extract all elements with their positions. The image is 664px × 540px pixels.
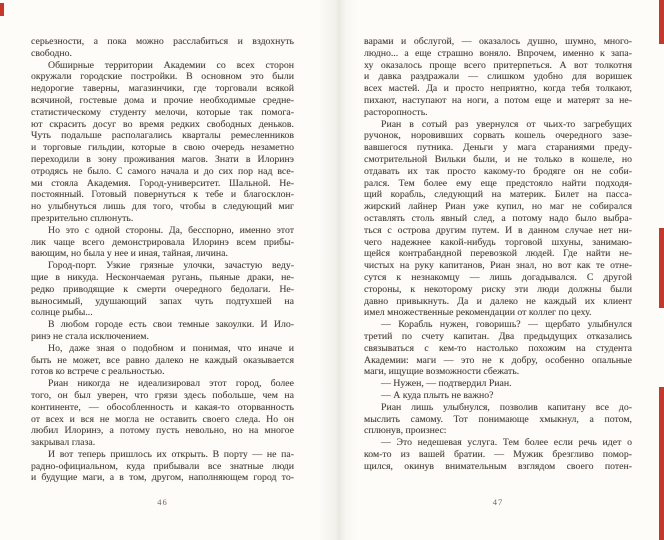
text-line: окружали городские постройки. В основном… xyxy=(31,71,294,83)
cover-edge-right-middle xyxy=(659,228,664,308)
text-line: стороны, к некоторому риску эти люди дол… xyxy=(364,284,632,296)
text-line: оставлять столь явный след, а потому над… xyxy=(364,213,632,225)
text-line: закрывал глаза. xyxy=(31,437,294,449)
text-line: всех мастей. Да и просто неприятно, когд… xyxy=(364,83,632,95)
text-line: ком-то из вашей братии. — Мужик брезглив… xyxy=(364,449,632,461)
text-line: вающим, но была у нее и иная, тайная, ли… xyxy=(31,248,294,260)
text-line: пихают, наступают на ноги, а потом еще и… xyxy=(364,95,632,107)
text-line: от всех и вся не могла не оставить своег… xyxy=(31,414,294,426)
text-line: Риан в сотый раз увернулся от чьих-то за… xyxy=(364,119,632,131)
text-line: — Это недешевая услуга. Тем более если р… xyxy=(364,437,632,449)
text-line: быть не может, все равно далеко не кажды… xyxy=(31,355,294,367)
text-line: давно привыкнуть. Да и далеко не каждый … xyxy=(364,296,632,308)
text-line: ют скрасить досуг во время редких свобод… xyxy=(31,119,294,131)
cover-edge-right-top xyxy=(659,0,664,44)
cover-edge-right-bottom xyxy=(659,387,664,540)
text-line: ручонок, норовивших сорвать кошель очере… xyxy=(364,130,632,142)
text-line: В любом городе есть свои темные закоулки… xyxy=(31,319,294,331)
text-line: чистых на руку капитанов, Риан знал, но … xyxy=(364,260,632,272)
text-line: мыслить самому. Тот понимающе хмыкнул, а… xyxy=(364,414,632,426)
text-line: И вот теперь пришлось их открыть. В порт… xyxy=(31,449,294,461)
text-line: щий корабль, следующий на материк. Билет… xyxy=(364,189,632,201)
text-line: серьезности, а пока можно расслабиться и… xyxy=(31,36,294,48)
text-line: Город-порт. Узкие грязные улочки, зачаст… xyxy=(31,260,294,272)
left-page-number: 46 xyxy=(31,497,294,507)
text-line: щейся контрабандной перевозкой людей. Гд… xyxy=(364,248,632,260)
text-line: щие в никуда. Нескончаемая ругань, пьяны… xyxy=(31,272,294,284)
text-line: — Нужен, — подтвердил Риан. xyxy=(364,378,632,390)
text-line: ми стояла Академия. Город-университет. Ш… xyxy=(31,178,294,190)
text-line: варами и обслугой, — оказалось душно, шу… xyxy=(364,36,632,48)
text-line: Риан никогда не идеализировал этот город… xyxy=(31,378,294,390)
book-spread: серьезности, а пока можно расслабиться и… xyxy=(0,0,664,540)
text-line: недорогие таверны, магазинчики, где торг… xyxy=(31,83,294,95)
text-line: но улыбнуться лишь для того, чтобы в сле… xyxy=(31,201,294,213)
text-line: Чуть подальше располагались кварталы рем… xyxy=(31,130,294,142)
left-page-text: серьезности, а пока можно расслабиться и… xyxy=(31,36,294,484)
text-line: Но, даже зная о подобном и понимая, что … xyxy=(31,343,294,355)
text-line: лик чаще всего демонстрировала Илоринэ в… xyxy=(31,237,294,249)
text-line: переходили в зону проживания магов. Знат… xyxy=(31,154,294,166)
text-line: — А куда плыть не важно? xyxy=(364,390,632,402)
text-line: рался. Тем более ему еще предстояло найт… xyxy=(364,178,632,190)
text-line: Риан лишь улыбнулся, позволив капитану в… xyxy=(364,402,632,414)
text-line: всячиной, гостевые дома и прочие необход… xyxy=(31,95,294,107)
text-line: связываться с кем-то настолько похожим н… xyxy=(364,343,632,355)
right-page: варами и обслугой, — оказалось душно, шу… xyxy=(332,0,664,540)
text-line: Но это с одной стороны. Да, бесспорно, и… xyxy=(31,225,294,237)
text-line: маги, ищущие возможности сбежать. xyxy=(364,366,632,378)
left-page: серьезности, а пока можно расслабиться и… xyxy=(0,0,332,540)
text-line: ринэ не стала исключением. xyxy=(31,331,294,343)
text-line: отдавать их так просто какому-то бродяге… xyxy=(364,166,632,178)
text-line: жирский лайнер Риан уже купил, но маг не… xyxy=(364,201,632,213)
cover-edge-top-left xyxy=(0,3,4,16)
text-line: континенте, — обособленность и какая-то … xyxy=(31,402,294,414)
text-line: вавшегося путника. Деньги у мага старани… xyxy=(364,142,632,154)
text-line: — Корабль нужен, говоришь? — щербато улы… xyxy=(364,319,632,331)
text-line: любил Илоринэ, а потому пусть невольно, … xyxy=(31,425,294,437)
text-line: постоянный. Готовый повернуться к тебе и… xyxy=(31,189,294,201)
text-line: сплюнув, произнес: xyxy=(364,425,632,437)
text-line: щился, окинув внимательным взглядом свое… xyxy=(364,461,632,473)
text-line: смотрительной Вильки были, и не только в… xyxy=(364,154,632,166)
text-line: редко приводящие к смерти очередного бед… xyxy=(31,284,294,296)
right-page-number: 47 xyxy=(364,497,632,507)
text-line: отродясь не было. С самого начала и до с… xyxy=(31,166,294,178)
text-line: презрительно сплюнуть. xyxy=(31,213,294,225)
text-line: сутся к незнакомцу — лишь догадывался. С… xyxy=(364,272,632,284)
text-line: статистическому студенту мелочи, которые… xyxy=(31,107,294,119)
text-line: чего надежнее какой-нибудь торговой шхун… xyxy=(364,237,632,249)
text-line: того, он был уверен, что грязи здесь поб… xyxy=(31,390,294,402)
text-line: Обширные территории Академии со всех сто… xyxy=(31,60,294,72)
text-line: и давка раздражали — слишком удобно для … xyxy=(364,71,632,83)
right-page-text: варами и обслугой, — оказалось душно, шу… xyxy=(364,36,632,472)
text-line: готов ко встрече с реальностью. xyxy=(31,366,294,378)
text-line: и будущие маги, а в том, другом, наполня… xyxy=(31,472,294,484)
text-line: солнце рыбы... xyxy=(31,307,294,319)
text-line: третий по счету капитан. Два предыдущих … xyxy=(364,331,632,343)
text-line: имел множественные рекомендации от колле… xyxy=(364,307,632,319)
text-line: Академии: маги — это не к добру, особенн… xyxy=(364,355,632,367)
text-line: и торговые гильдии, которые в свою очере… xyxy=(31,142,294,154)
text-line: расторопность. xyxy=(364,107,632,119)
text-line: ться с острова другим путем. И в данном … xyxy=(364,225,632,237)
text-line: людно... а еще страшно воняло. Впрочем, … xyxy=(364,48,632,60)
text-line: свободно. xyxy=(31,48,294,60)
text-line: выносимый, удушающий запах чуть подтухше… xyxy=(31,296,294,308)
text-line: радно-официальном, куда прибывали все зн… xyxy=(31,461,294,473)
text-line: ху оказалось проще всего притерпеться. А… xyxy=(364,60,632,72)
